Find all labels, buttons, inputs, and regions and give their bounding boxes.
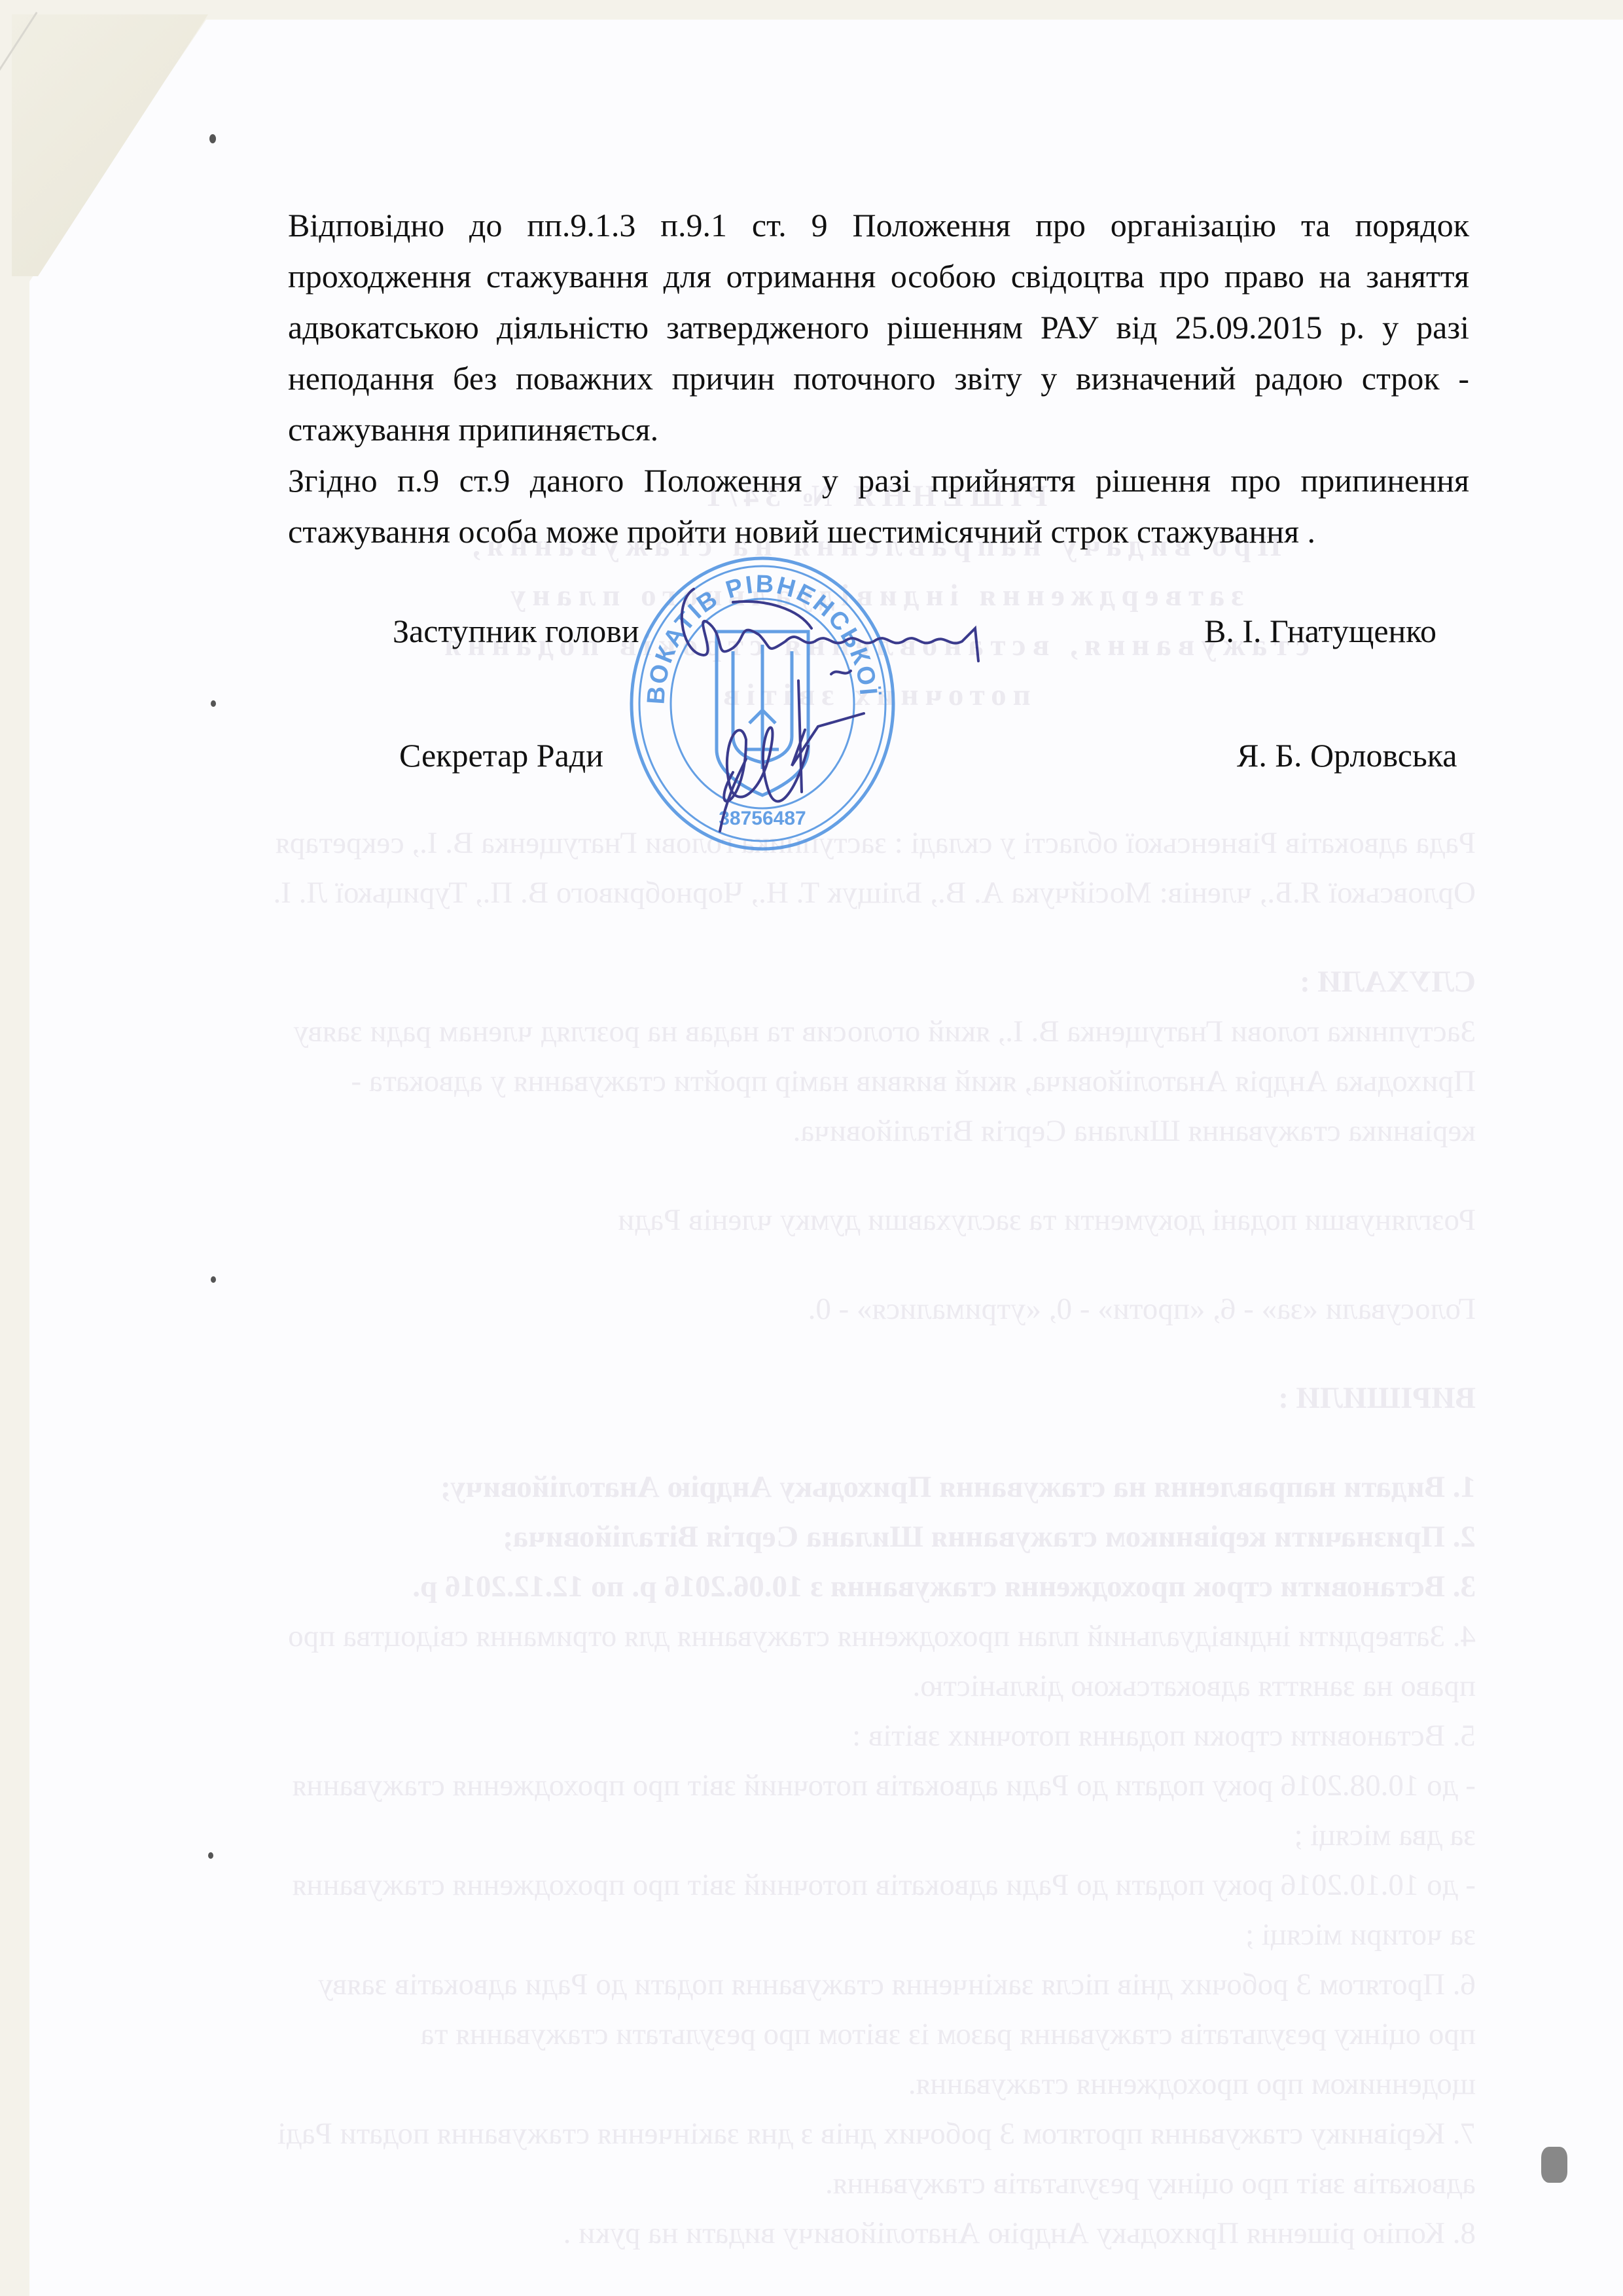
bleed-paragraph: Розглянувши подані документи та заслухав… — [272, 1195, 1476, 1245]
bleed-item: 8. Копію рішення Приходьку Андрію Анатол… — [272, 2208, 1476, 2258]
handwritten-signatures — [668, 576, 1139, 838]
secretary-name: Я. Б. Орловська — [1237, 736, 1457, 774]
scan-speck — [209, 134, 216, 143]
bleed-item: 3. Встановити строк проходження стажуван… — [272, 1562, 1476, 1611]
bleed-item: 1. Видати направлення на стажування Прих… — [272, 1462, 1476, 1512]
paragraph-termination-rule: Відповідно до пп.9.1.3 п.9.1 ст. 9 Полож… — [288, 200, 1469, 455]
bleed-item: - до 10.08.2016 року подати до Ради адво… — [272, 1761, 1476, 1860]
bleed-heading: ВИРІШИЛИ : — [272, 1373, 1476, 1423]
bleed-item: 2. Призначити керівником стажування Шила… — [272, 1512, 1476, 1562]
bleed-paragraph: Заступника голови Гнатущенка В. І., який… — [272, 1007, 1476, 1056]
secretary-position: Секретар Ради — [399, 736, 603, 774]
bleed-item: 4. Затвердити індивідуальний план проход… — [272, 1611, 1476, 1711]
bleed-item: 6. Протягом 3 робочих днів після закінче… — [272, 1960, 1476, 2109]
bleed-heading: СЛУХАЛИ : — [272, 957, 1476, 1007]
paragraph-new-term: Згідно п.9 ст.9 даного Положення у разі … — [288, 455, 1469, 557]
scan-speck — [208, 1852, 213, 1859]
bleed-item: - до 10.10.2016 року подати до Ради адво… — [272, 1860, 1476, 1960]
bleed-item: 5. Встановити строки подання поточних зв… — [272, 1711, 1476, 1761]
bleed-paragraph: Голосували «за» - 6, «проти» - 0, «утрим… — [272, 1284, 1476, 1334]
scan-speck — [211, 1276, 216, 1283]
scan-smudge — [1541, 2147, 1567, 2183]
document-body: Відповідно до пп.9.1.3 п.9.1 ст. 9 Полож… — [288, 200, 1469, 557]
deputy-head-position: Заступник голови — [393, 612, 639, 650]
scan-speck — [211, 700, 216, 707]
bleed-item: 7. Керівнику стажування протягом 3 робоч… — [272, 2109, 1476, 2208]
bleed-paragraph: Приходька Андрія Анатолійовича, який вия… — [272, 1056, 1476, 1156]
deputy-head-name: В. І. Гнатущенко — [1204, 612, 1436, 650]
